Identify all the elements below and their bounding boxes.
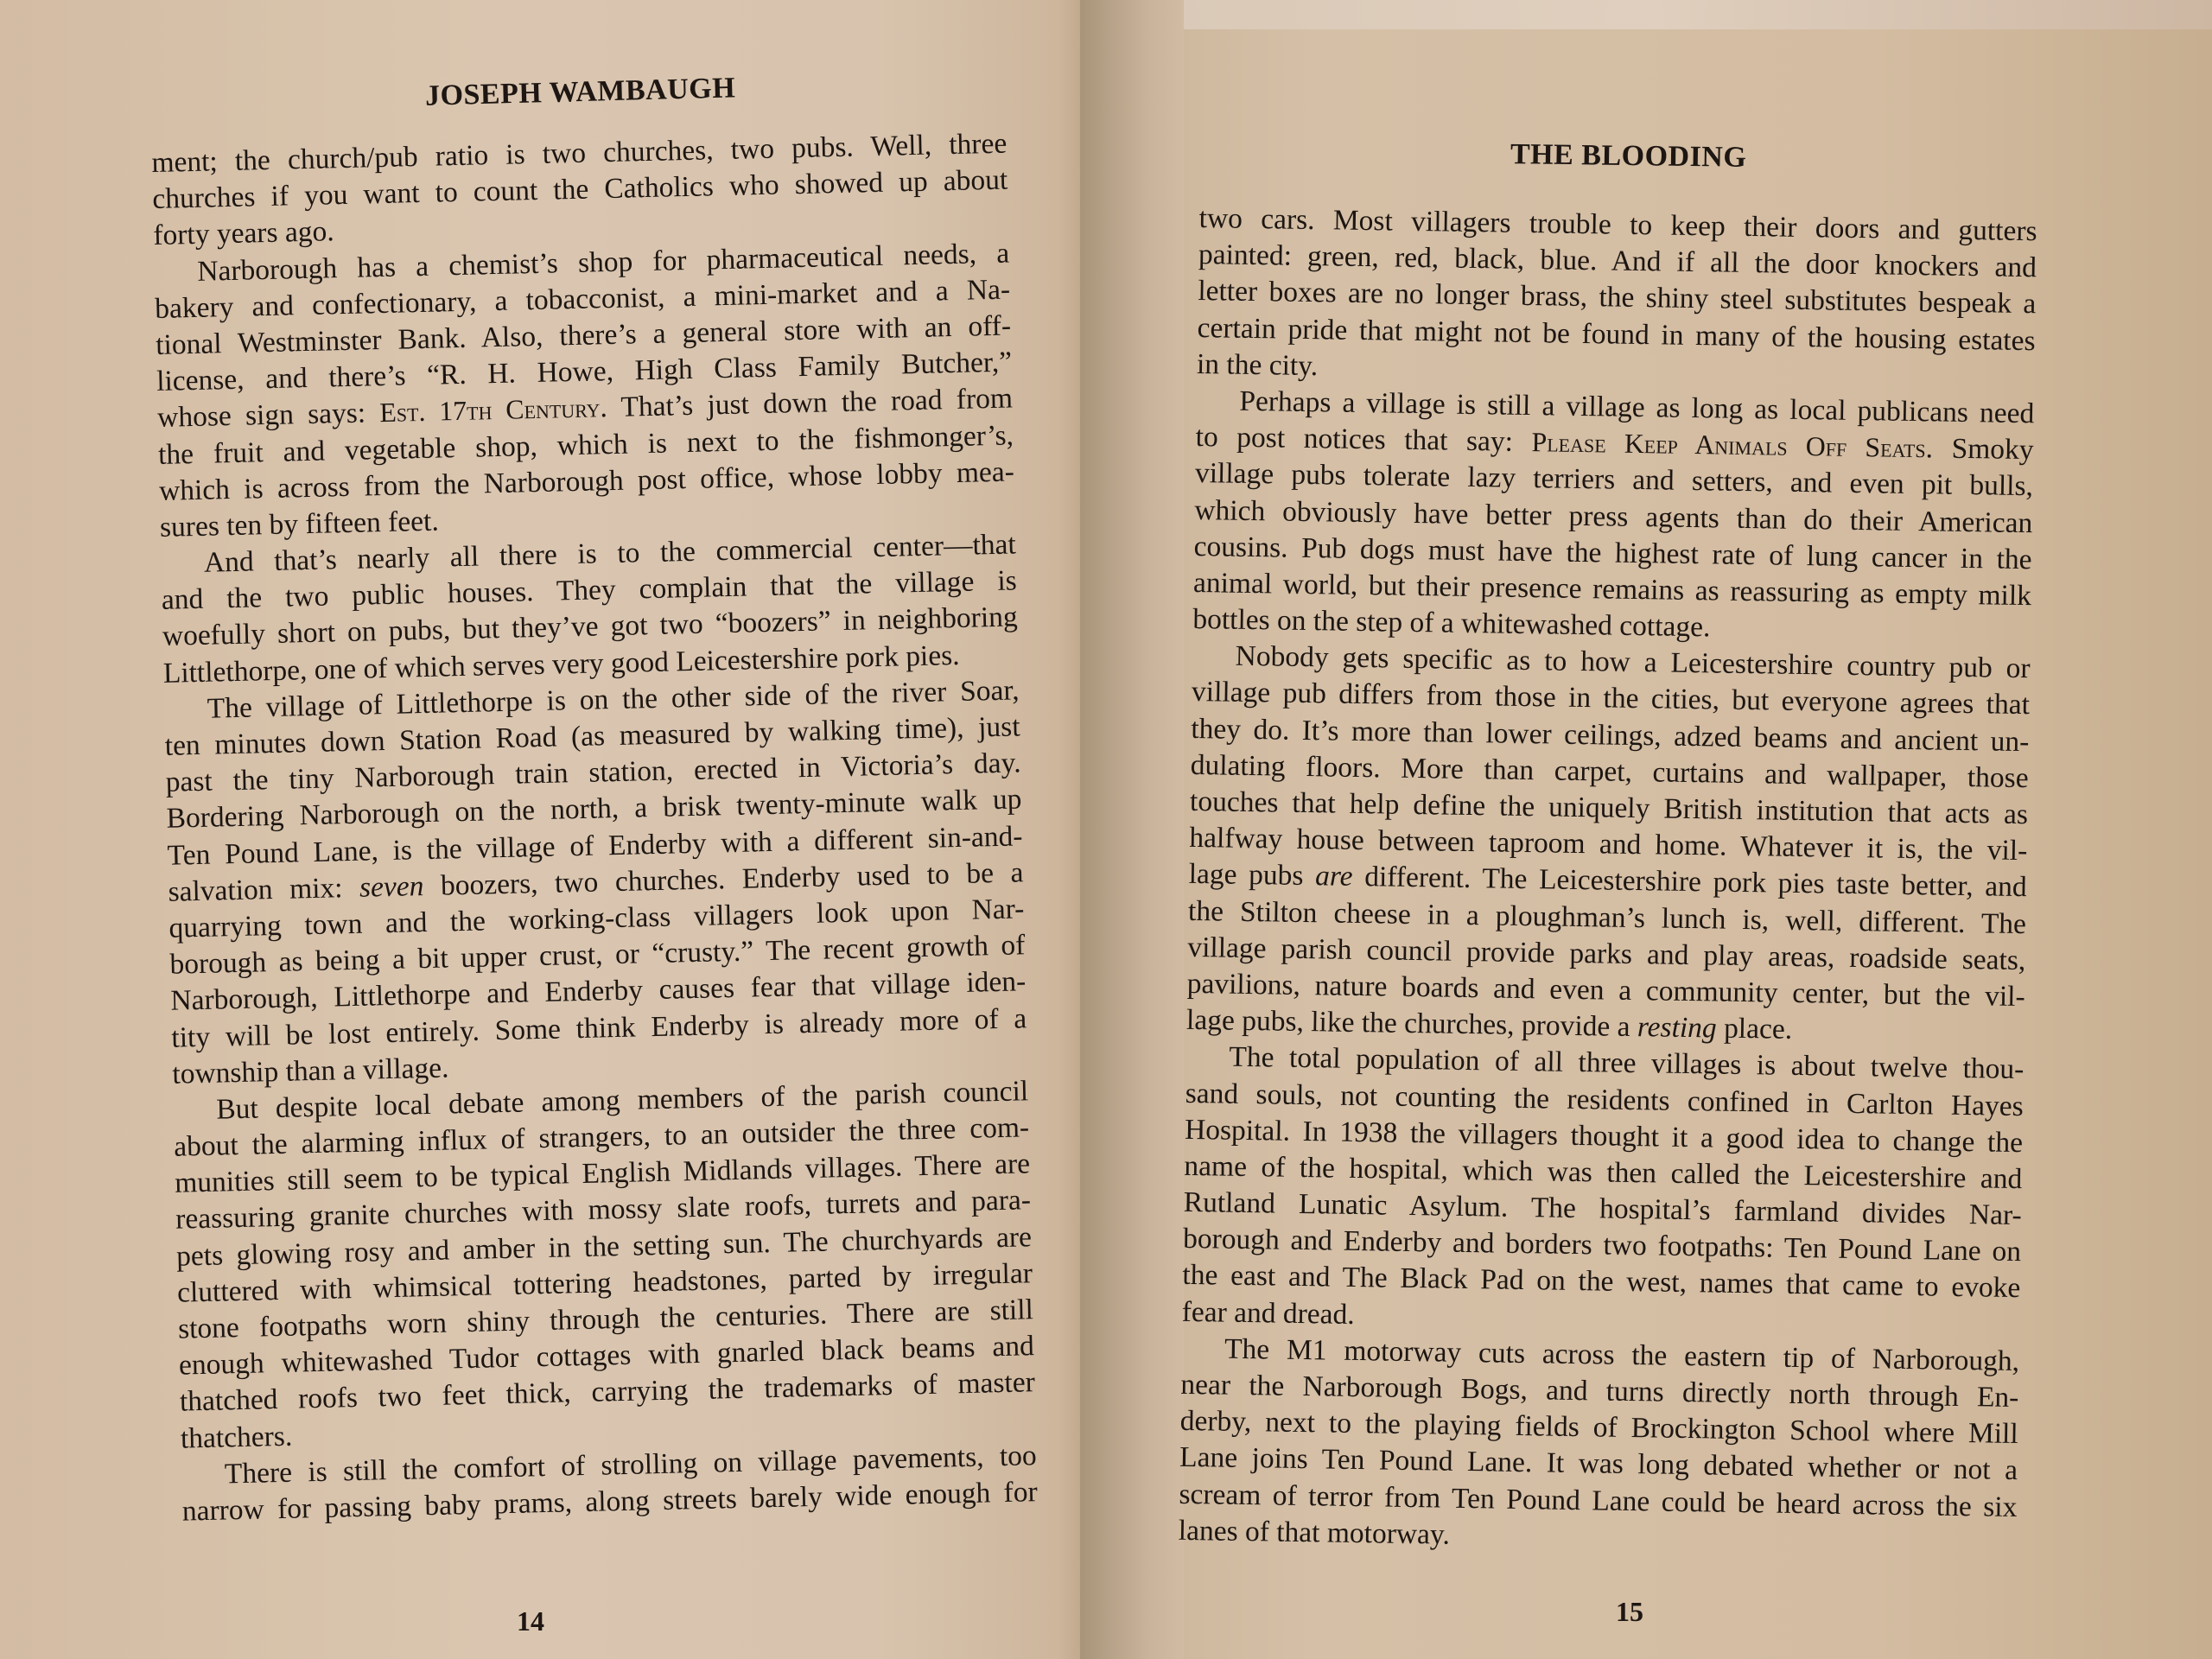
page-number-left: 14 — [517, 1605, 544, 1637]
left-page-body-text: ment; the church/pub ratio is two church… — [151, 126, 1038, 1530]
page-number-right: 15 — [1616, 1596, 1643, 1628]
right-page-body-text: two cars. Most villagers trouble to keep… — [1178, 200, 2037, 1562]
book-gutter-spine — [1080, 0, 1184, 1659]
small-caps-text: Please Keep Animals Off Seats — [1531, 427, 1926, 463]
italic-text: are — [1315, 861, 1353, 893]
open-book-spread: JOSEPH WAMBAUGH ment; the church/pub rat… — [0, 0, 2212, 1659]
italic-text: seven — [359, 870, 424, 904]
italic-text: resting — [1637, 1011, 1717, 1044]
background-surface — [1090, 0, 2212, 29]
small-caps-text: Est. 17th Century — [379, 393, 601, 429]
running-head-title: THE BLOODING — [1510, 138, 1747, 175]
